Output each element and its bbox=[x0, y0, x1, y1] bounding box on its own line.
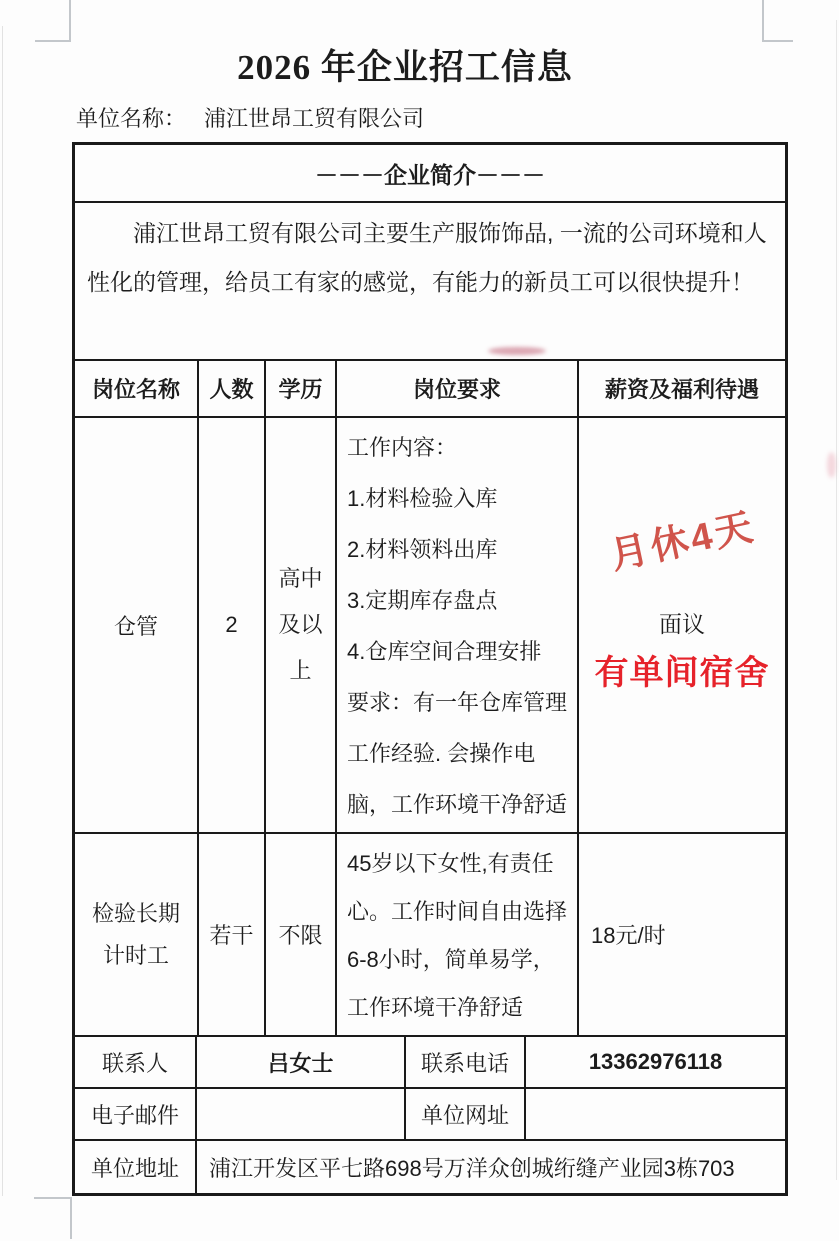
page-margin-mark bbox=[762, 40, 793, 42]
job-education: 高中及以上 bbox=[266, 418, 337, 832]
requirement-line: 4.仓库空间合理安排 bbox=[347, 626, 577, 677]
intro-text: 浦江世昂工贸有限公司主要生产服饰饰品, 一流的公司环境和人性化的管理，给员工有家… bbox=[75, 203, 785, 359]
header-headcount: 人数 bbox=[199, 361, 266, 416]
job-salary: 18元/时 bbox=[579, 834, 785, 1035]
recruitment-table: －－－企业简介－－－ 浦江世昂工贸有限公司主要生产服饰饰品, 一流的公司环境和人… bbox=[72, 142, 788, 1196]
requirement-line: 1.材料检验入库 bbox=[347, 473, 577, 524]
page-margin-mark bbox=[70, 1197, 72, 1239]
page-edge-line bbox=[836, 20, 837, 1180]
contact-person-value: 吕女士 bbox=[197, 1037, 406, 1087]
website-value bbox=[526, 1089, 785, 1139]
header-requirements: 岗位要求 bbox=[337, 361, 579, 416]
requirement-line: 6-8小时，简单易学， bbox=[347, 936, 577, 984]
requirement-line: 工作经验. 会操作电 bbox=[347, 728, 577, 779]
job-headcount: 若干 bbox=[199, 834, 266, 1035]
requirement-line: 45岁以下女性,有责任 bbox=[347, 840, 577, 888]
page-title: 2026 年企业招工信息 bbox=[50, 40, 760, 90]
header-position: 岗位名称 bbox=[75, 361, 199, 416]
intro-text-row: 浦江世昂工贸有限公司主要生产服饰饰品, 一流的公司环境和人性化的管理，给员工有家… bbox=[75, 203, 785, 361]
requirement-line: 工作内容： bbox=[347, 422, 577, 473]
page-margin-mark bbox=[69, 0, 71, 40]
company-name-value: 浦江世昂工贸有限公司 bbox=[204, 106, 424, 131]
ink-smudge bbox=[488, 347, 546, 355]
ink-smudge bbox=[827, 452, 836, 478]
email-value bbox=[197, 1089, 406, 1139]
email-website-row: 电子邮件 单位网址 bbox=[75, 1089, 785, 1141]
job-row-inspection: 检验长期计时工 若干 不限 45岁以下女性,有责任心。工作时间自由选择6-8小时… bbox=[75, 834, 785, 1037]
header-salary: 薪资及福利待遇 bbox=[579, 361, 785, 416]
address-value: 浦江开发区平七路698号万洋众创城绗缝产业园3栋703 bbox=[197, 1141, 785, 1193]
requirement-line: 心。工作时间自由选择 bbox=[347, 888, 577, 936]
job-requirements: 工作内容：1.材料检验入库2.材料领料出库3.定期库存盘点4.仓库空间合理安排要… bbox=[337, 418, 579, 832]
job-position: 仓管 bbox=[75, 418, 199, 832]
requirement-line: 脑，工作环境干净舒适 bbox=[347, 779, 577, 830]
contact-person-label: 联系人 bbox=[75, 1037, 197, 1087]
requirement-line: 要求：有一年仓库管理 bbox=[347, 677, 577, 728]
intro-heading-row: －－－企业简介－－－ bbox=[75, 145, 785, 203]
company-name-label: 单位名称： bbox=[76, 106, 186, 131]
handwritten-note-red: 月休4天 bbox=[604, 495, 759, 579]
header-education: 学历 bbox=[266, 361, 337, 416]
requirement-line: 2.材料领料出库 bbox=[347, 524, 577, 575]
requirement-line: 工作环境干净舒适 bbox=[347, 984, 577, 1032]
job-position: 检验长期计时工 bbox=[75, 834, 199, 1035]
address-label: 单位地址 bbox=[75, 1141, 197, 1193]
table-header-row: 岗位名称 人数 学历 岗位要求 薪资及福利待遇 bbox=[75, 361, 785, 418]
job-education: 不限 bbox=[266, 834, 337, 1035]
job-headcount: 2 bbox=[199, 418, 266, 832]
website-label: 单位网址 bbox=[406, 1089, 526, 1139]
page-edge-line bbox=[2, 26, 3, 1196]
job-perk-red: 有单间宿舍 bbox=[579, 645, 785, 694]
contact-row: 联系人 吕女士 联系电话 13362976118 bbox=[75, 1037, 785, 1089]
address-row: 单位地址 浦江开发区平七路698号万洋众创城绗缝产业园3栋703 bbox=[75, 1141, 785, 1193]
job-row-warehouse: 仓管 2 高中及以上 工作内容：1.材料检验入库2.材料领料出库3.定期库存盘点… bbox=[75, 418, 785, 834]
email-label: 电子邮件 bbox=[75, 1089, 197, 1139]
contact-phone-value: 13362976118 bbox=[526, 1037, 785, 1087]
page-margin-mark bbox=[762, 0, 764, 40]
contact-phone-label: 联系电话 bbox=[406, 1037, 526, 1087]
page-margin-mark bbox=[34, 1197, 72, 1199]
intro-heading: －－－企业简介－－－ bbox=[75, 145, 785, 201]
job-requirements: 45岁以下女性,有责任心。工作时间自由选择6-8小时，简单易学，工作环境干净舒适 bbox=[337, 834, 579, 1035]
job-salary: 面议 bbox=[579, 606, 785, 639]
requirement-line: 3.定期库存盘点 bbox=[347, 575, 577, 626]
company-name-line: 单位名称：浦江世昂工贸有限公司 bbox=[76, 102, 424, 133]
job-salary-cell: 月休4天 面议 有单间宿舍 bbox=[579, 418, 785, 832]
document-page: 2026 年企业招工信息 单位名称：浦江世昂工贸有限公司 －－－企业简介－－－ … bbox=[0, 0, 839, 1241]
